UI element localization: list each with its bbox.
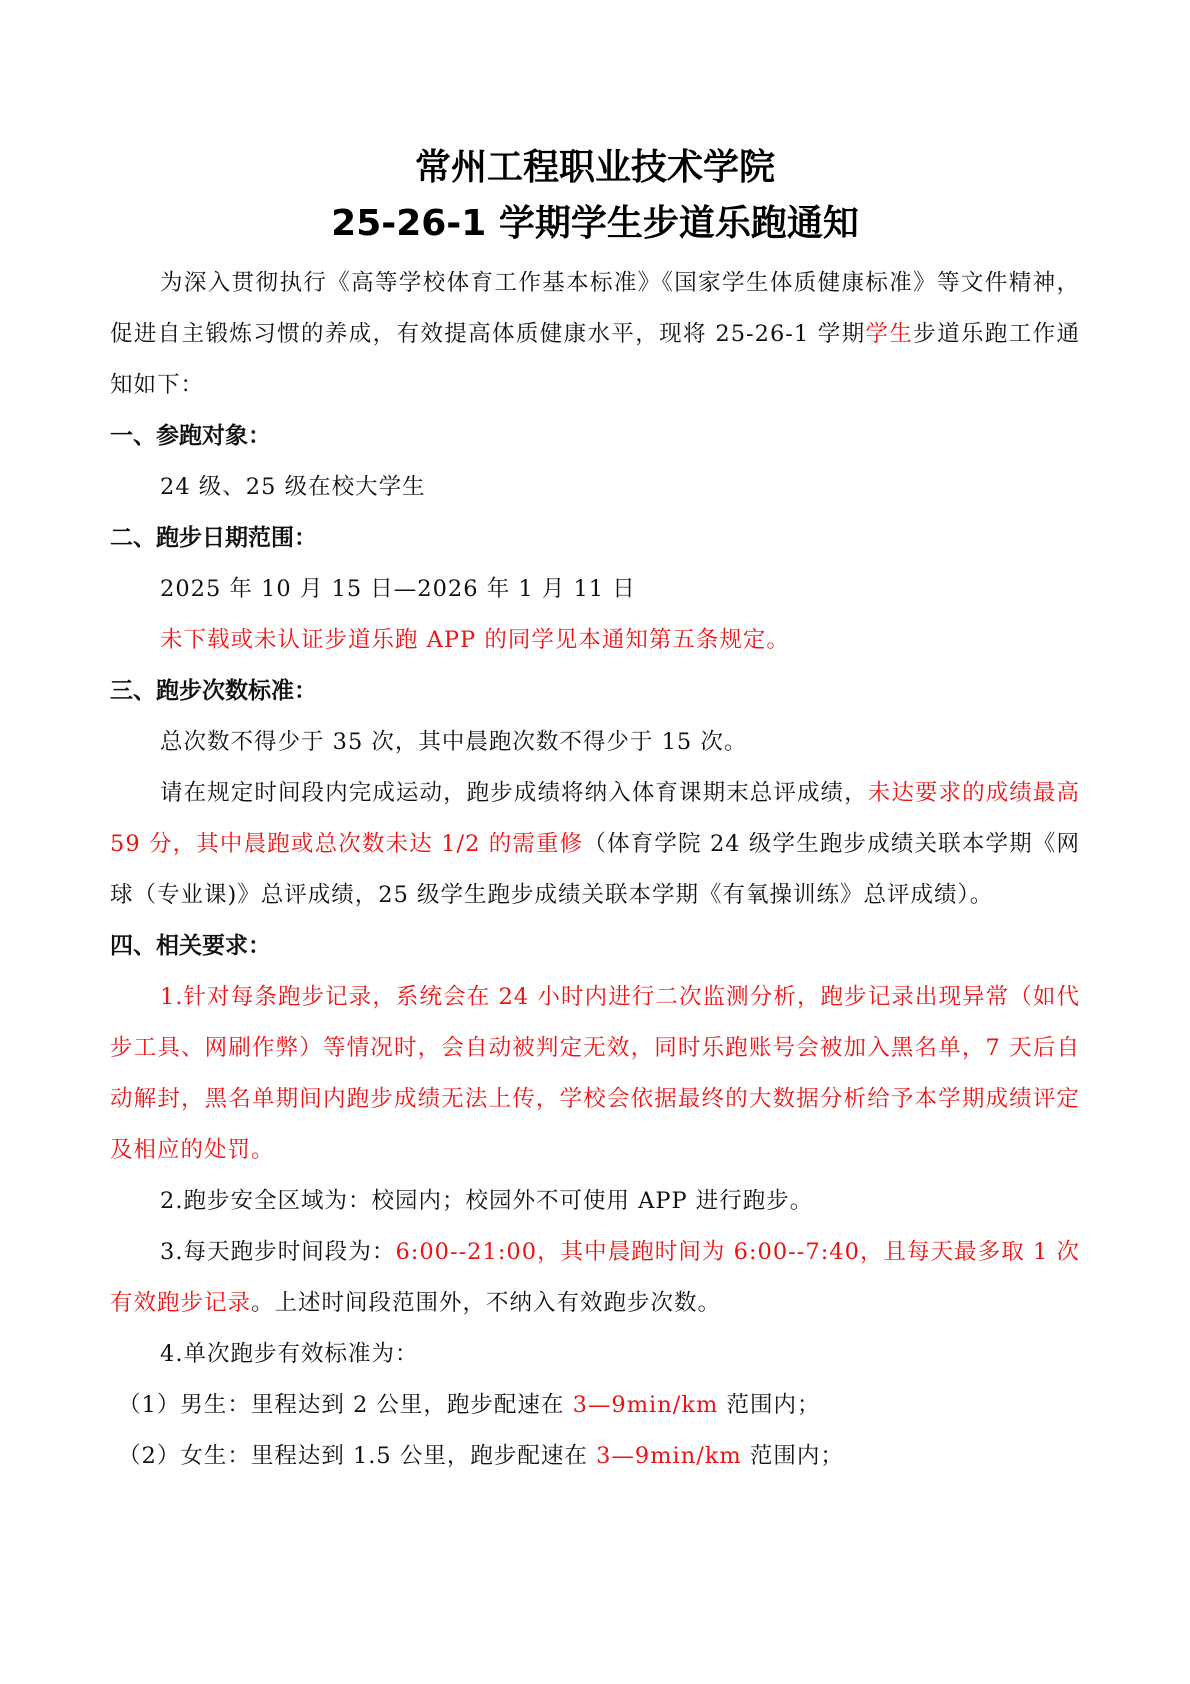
section-paragraph: 总次数不得少于 35 次，其中晨跑次数不得少于 15 次。 <box>110 717 1080 768</box>
highlighted-text: 未下载或未认证步道乐跑 APP 的同学见本通知第五条规定。 <box>160 627 790 653</box>
body-text: （2）女生：里程达到 1.5 公里，跑步配速在 <box>118 1443 596 1469</box>
section-paragraph: （1）男生：里程达到 2 公里，跑步配速在 3—9min/km 范围内； <box>110 1380 1080 1431</box>
section-paragraph: 2.跑步安全区域为：校园内；校园外不可使用 APP 进行跑步。 <box>110 1176 1080 1227</box>
section-heading: 二、跑步日期范围： <box>110 513 1080 564</box>
body-text: （1）男生：里程达到 2 公里，跑步配速在 <box>118 1392 573 1418</box>
highlighted-text: 3—9min/km <box>596 1443 742 1469</box>
section-paragraph: 3.每天跑步时间段为：6:00--21:00，其中晨跑时间为 6:00--7:4… <box>110 1227 1080 1329</box>
body-text: 范围内； <box>718 1392 820 1418</box>
body-text: 范围内； <box>742 1443 844 1469</box>
section-paragraph: 未下载或未认证步道乐跑 APP 的同学见本通知第五条规定。 <box>110 615 1080 666</box>
section-heading: 三、跑步次数标准： <box>110 666 1080 717</box>
highlighted-text: 3—9min/km <box>573 1392 719 1418</box>
body-text: 总次数不得少于 35 次，其中晨跑次数不得少于 15 次。 <box>160 729 747 755</box>
body-text: 4.单次跑步有效标准为： <box>160 1341 418 1367</box>
section-paragraph: 4.单次跑步有效标准为： <box>110 1329 1080 1380</box>
notice-sections: 一、参跑对象：24 级、25 级在校大学生二、跑步日期范围：2025 年 10 … <box>110 411 1080 1482</box>
highlighted-text: 1.针对每条跑步记录，系统会在 24 小时内进行二次监测分析，跑步记录出现异常（… <box>110 984 1080 1163</box>
section-heading: 一、参跑对象： <box>110 411 1080 462</box>
intro-paragraph: 为深入贯彻执行《高等学校体育工作基本标准》《国家学生体质健康标准》等文件精神，促… <box>110 258 1080 411</box>
section-paragraph: 24 级、25 级在校大学生 <box>110 462 1080 513</box>
body-text: 2.跑步安全区域为：校园内；校园外不可使用 APP 进行跑步。 <box>160 1188 813 1214</box>
section-paragraph: （2）女生：里程达到 1.5 公里，跑步配速在 3—9min/km 范围内； <box>110 1431 1080 1482</box>
document-title-notice: 25-26-1 学期学生步道乐跑通知 <box>110 196 1080 252</box>
section-paragraph: 2025 年 10 月 15 日—2026 年 1 月 11 日 <box>110 564 1080 615</box>
body-text: 请在规定时间段内完成运动，跑步成绩将纳入体育课期末总评成绩， <box>160 780 868 806</box>
document-title-institution: 常州工程职业技术学院 <box>110 140 1080 196</box>
section-paragraph: 请在规定时间段内完成运动，跑步成绩将纳入体育课期末总评成绩，未达要求的成绩最高 … <box>110 768 1080 921</box>
body-text: 24 级、25 级在校大学生 <box>160 474 426 500</box>
body-text: 3.每天跑步时间段为： <box>160 1239 395 1265</box>
section-paragraph: 1.针对每条跑步记录，系统会在 24 小时内进行二次监测分析，跑步记录出现异常（… <box>110 972 1080 1176</box>
notice-document: 常州工程职业技术学院 25-26-1 学期学生步道乐跑通知 为深入贯彻执行《高等… <box>110 140 1080 1482</box>
body-text: 。上述时间段范围外，不纳入有效跑步次数。 <box>251 1290 721 1316</box>
section-heading: 四、相关要求： <box>110 921 1080 972</box>
body-text: 2025 年 10 月 15 日—2026 年 1 月 11 日 <box>160 576 636 602</box>
highlighted-text: 学生 <box>865 321 913 347</box>
